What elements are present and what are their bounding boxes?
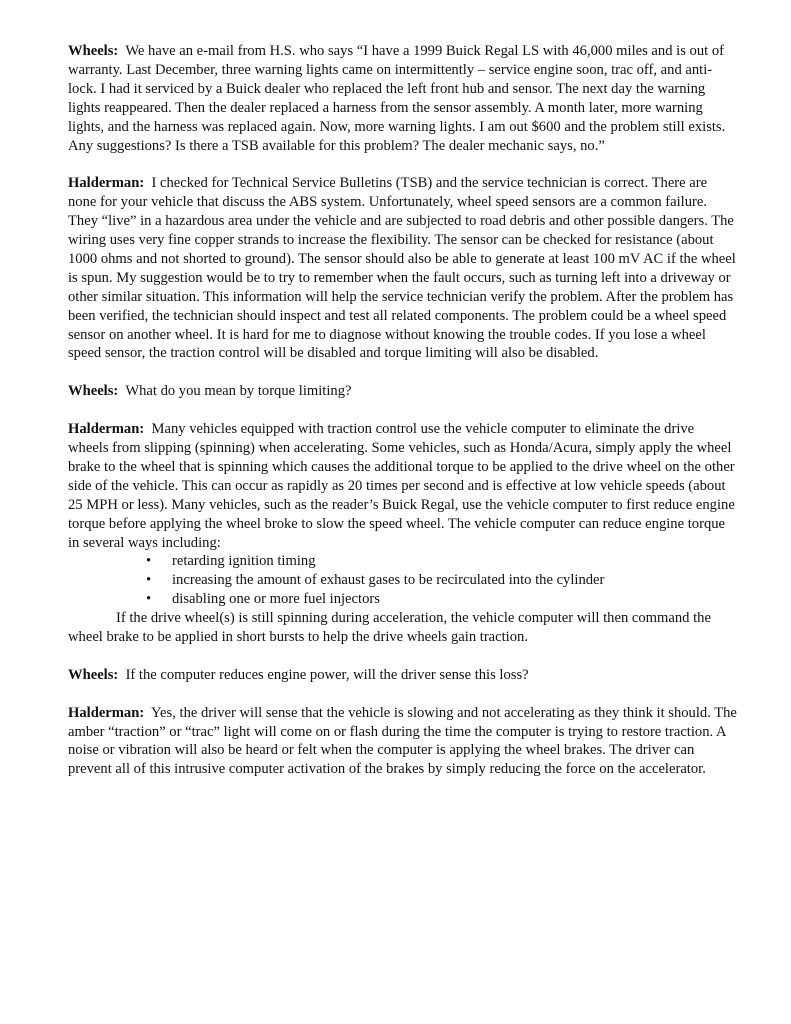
speaker-label: Wheels: bbox=[68, 667, 118, 683]
paragraph-intro: Halderman: Many vehicles equipped with t… bbox=[68, 420, 738, 552]
paragraph-halderman-answer-2: Halderman: Many vehicles equipped with t… bbox=[68, 420, 738, 647]
paragraph-wheels-question-3: Wheels: If the computer reduces engine p… bbox=[68, 666, 738, 685]
document-page: Wheels: We have an e-mail from H.S. who … bbox=[68, 42, 738, 798]
list-item: increasing the amount of exhaust gases t… bbox=[146, 571, 738, 590]
speaker-label: Halderman: bbox=[68, 421, 144, 437]
paragraph-text: We have an e-mail from H.S. who says “I … bbox=[68, 43, 725, 154]
paragraph-continuation: If the drive wheel(s) is still spinning … bbox=[68, 609, 738, 647]
speaker-label: Wheels: bbox=[68, 383, 118, 399]
paragraph-text: If the computer reduces engine power, wi… bbox=[126, 667, 529, 683]
paragraph-text: I checked for Technical Service Bulletin… bbox=[68, 175, 736, 361]
list-item: disabling one or more fuel injectors bbox=[146, 590, 738, 609]
speaker-label: Wheels: bbox=[68, 43, 118, 59]
paragraph-halderman-answer-3: Halderman: Yes, the driver will sense th… bbox=[68, 704, 738, 780]
paragraph-halderman-answer-1: Halderman: I checked for Technical Servi… bbox=[68, 174, 738, 363]
speaker-label: Halderman: bbox=[68, 175, 144, 191]
paragraph-text: Yes, the driver will sense that the vehi… bbox=[68, 705, 737, 778]
paragraph-wheels-question-1: Wheels: We have an e-mail from H.S. who … bbox=[68, 42, 738, 155]
list-item: retarding ignition timing bbox=[146, 552, 738, 571]
torque-reduction-list: retarding ignition timing increasing the… bbox=[68, 552, 738, 609]
paragraph-text: Many vehicles equipped with traction con… bbox=[68, 421, 735, 550]
speaker-label: Halderman: bbox=[68, 705, 144, 721]
paragraph-text: What do you mean by torque limiting? bbox=[125, 383, 351, 399]
paragraph-wheels-question-2: Wheels: What do you mean by torque limit… bbox=[68, 382, 738, 401]
